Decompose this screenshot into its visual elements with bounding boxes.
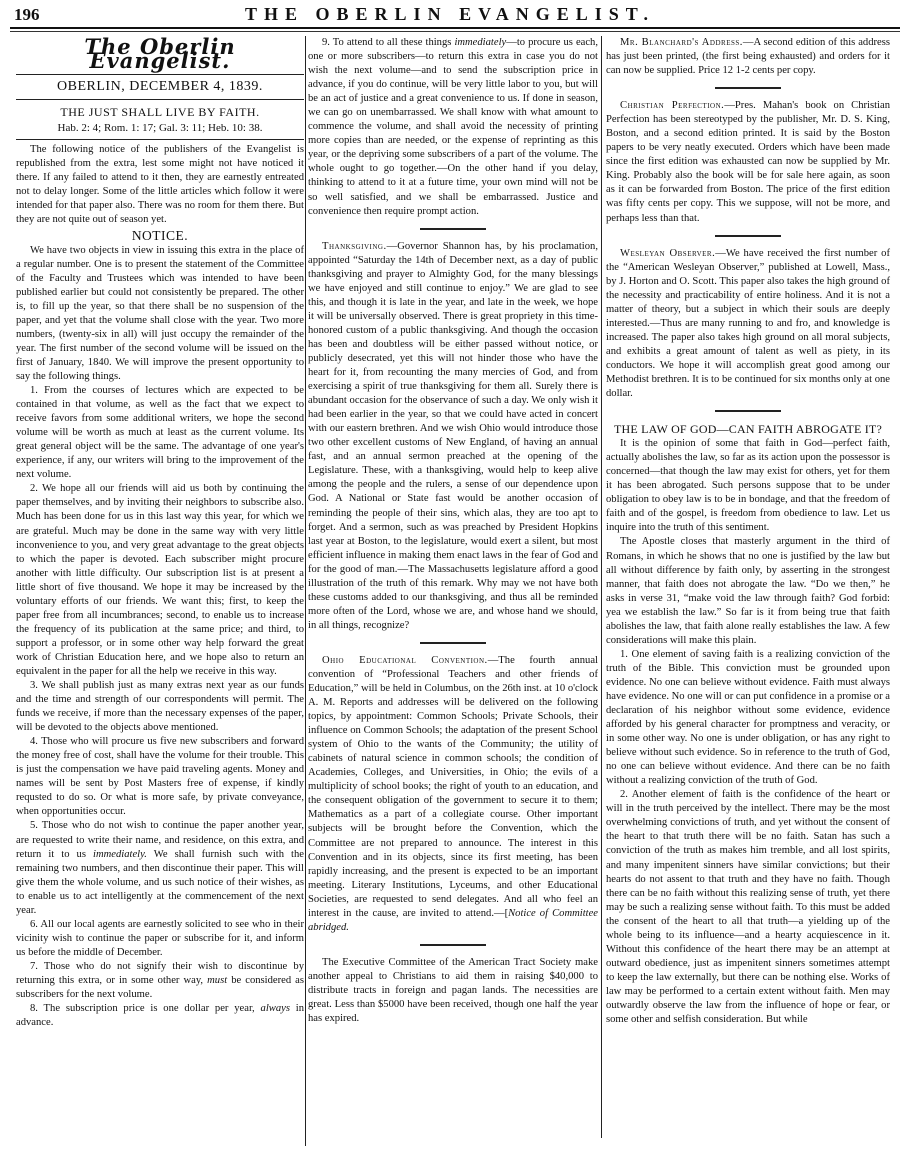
notice-item-6: 6. All our local agents are earnestly so…: [16, 918, 304, 960]
notice-item-2: 2. We hope all our friends will aid us b…: [16, 482, 304, 679]
law-paragraph-4: 2. Another element of faith is the confi…: [606, 788, 890, 1027]
christian-perfection-article: Christian Perfection.—Pres. Mahan's book…: [606, 99, 890, 225]
christian-perfection-title: Christian Perfection.: [620, 100, 724, 111]
blanchard-article: Mr. Blanchard's Address.—A second editio…: [606, 36, 890, 78]
intro-paragraph: The following notice of the publishers o…: [16, 143, 304, 227]
law-paragraph-3: 1. One element of saving faith is a real…: [606, 648, 890, 788]
thanksgiving-title: Thanksgiving.: [322, 241, 387, 252]
section-divider: [715, 410, 781, 412]
section-divider: [420, 944, 486, 946]
ohio-convention-article: Ohio Educational Convention.—The fourth …: [308, 654, 598, 935]
column-divider: [601, 36, 602, 1138]
column-2: 9. To attend to all these things immedia…: [308, 36, 598, 1026]
notice-item-3: 3. We shall publish just as many extras …: [16, 679, 304, 735]
section-divider: [420, 642, 486, 644]
masthead-title: The Oberlin Evangelist.: [16, 36, 304, 75]
notice-item-1: 1. From the courses of lectures which ar…: [16, 384, 304, 482]
header-rule: [10, 27, 900, 29]
notice-heading: NOTICE.: [16, 229, 304, 243]
dateline: OBERLIN, DECEMBER 4, 1839.: [16, 75, 304, 100]
notice-item-9: 9. To attend to all these things immedia…: [308, 36, 598, 219]
section-divider: [420, 228, 486, 230]
blanchard-title: Mr. Blanchard's Address.: [620, 37, 743, 48]
page-header: 196 THE OBERLIN EVANGELIST.: [0, 0, 900, 30]
law-of-god-heading: THE LAW OF GOD—CAN FAITH ABROGATE IT?: [606, 422, 890, 436]
column-divider: [305, 36, 306, 1146]
header-rule-thin: [10, 31, 900, 32]
wesleyan-observer-title: Wesleyan Observer.: [620, 248, 715, 259]
motto-references: Hab. 2: 4; Rom. 1: 17; Gal. 3: 11; Heb. …: [16, 119, 304, 140]
notice-item-7: 7. Those who do not signify their wish t…: [16, 960, 304, 1002]
notice-item-5: 5. Those who do not wish to continue the…: [16, 819, 304, 917]
section-divider: [715, 235, 781, 237]
column-1: The Oberlin Evangelist. OBERLIN, DECEMBE…: [16, 36, 304, 1030]
section-divider: [715, 87, 781, 89]
notice-item-8: 8. The subscription price is one dollar …: [16, 1002, 304, 1030]
notice-intro: We have two objects in view in issuing t…: [16, 244, 304, 384]
motto: THE JUST SHALL LIVE BY FAITH.: [16, 100, 304, 119]
ohio-convention-title: Ohio Educational Convention.: [322, 655, 488, 666]
law-paragraph-1: It is the opinion of some that faith in …: [606, 437, 890, 535]
thanksgiving-article: Thanksgiving.—Governor Shannon has, by h…: [308, 240, 598, 633]
column-3: Mr. Blanchard's Address.—A second editio…: [606, 36, 890, 1027]
wesleyan-observer-article: Wesleyan Observer.—We have received the …: [606, 247, 890, 402]
law-paragraph-2: The Apostle closes that masterly argumen…: [606, 535, 890, 647]
running-title: THE OBERLIN EVANGELIST.: [0, 4, 900, 25]
tract-society-article: The Executive Committee of the American …: [308, 956, 598, 1026]
notice-item-4: 4. Those who will procure us five new su…: [16, 735, 304, 819]
